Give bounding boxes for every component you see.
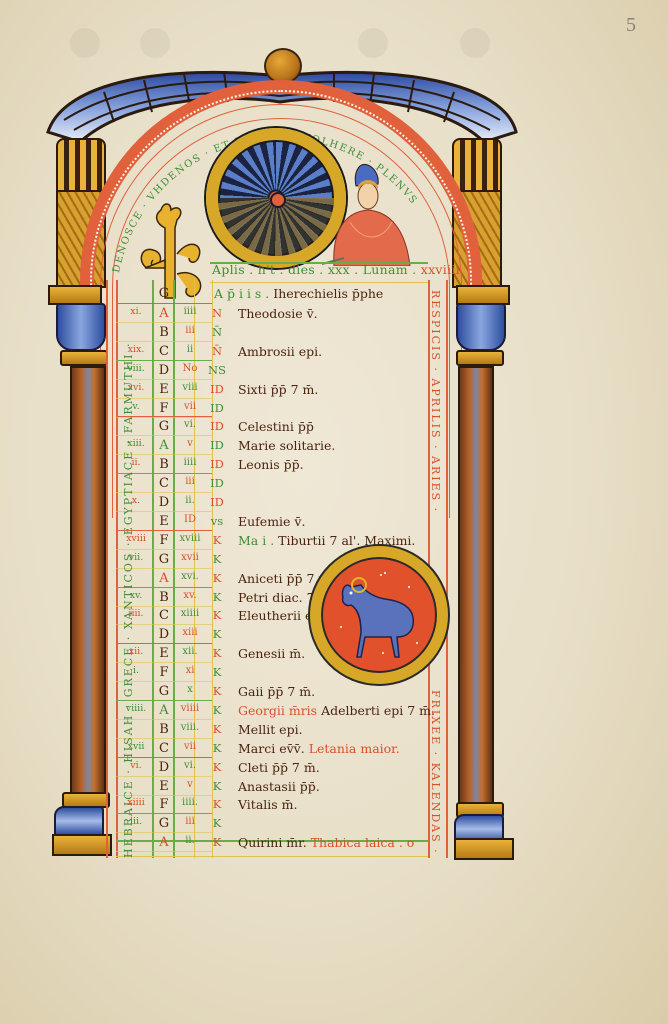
dominical-letter: D: [154, 760, 174, 775]
feast-entry: Georgii m̄ris Adelberti epi 7 m̄.: [238, 703, 435, 718]
calendar-row: Aii.KQuirini m̄r. Thabica laica . o: [118, 833, 438, 853]
roman-day: iii: [174, 476, 206, 487]
kalends-mark: K: [206, 646, 228, 660]
dominical-letter: F: [154, 401, 174, 416]
dominical-letter: E: [154, 514, 174, 529]
kalends-mark: ID: [206, 382, 228, 396]
kalends-mark: N̄: [206, 344, 228, 358]
roman-day: vii: [174, 401, 206, 412]
feast-entry: Sixti p̄p̄ 7 m̄.: [238, 382, 318, 397]
dominical-letter: A: [154, 306, 174, 321]
feast-text: Iherechielis p̄phe: [273, 286, 383, 301]
header-lunar-count: xxviiii: [421, 262, 460, 277]
feast-entry: Celestini p̄p̄: [238, 419, 314, 434]
dominical-letter: B: [154, 722, 174, 737]
dominical-letter: F: [154, 533, 174, 548]
dominical-letter: D: [154, 627, 174, 642]
roman-day: ii.: [174, 495, 206, 506]
dominical-letter: E: [154, 779, 174, 794]
dominical-letter: C: [154, 608, 174, 623]
kalends-mark: ID: [206, 495, 228, 509]
calendar-row: EvKAnastasii p̄p̄.: [118, 777, 438, 797]
aries-ram-roundel-icon: [310, 546, 448, 684]
feast-text: Mellit epi.: [238, 722, 303, 737]
ram-icon: [321, 557, 437, 673]
kalends-mark: K: [206, 571, 228, 585]
kalends-mark: ID: [206, 419, 228, 433]
kalends-mark: K: [206, 552, 228, 566]
header-text: Aplis . h't . dies . xxx . Lunam .: [212, 262, 421, 277]
roman-day: v: [174, 438, 206, 449]
calendar-row: ii.BiiiiIDLeonis p̄p̄.: [118, 455, 438, 475]
feast-text: Genesii m̄.: [238, 646, 305, 661]
dominical-letter: G: [154, 419, 174, 434]
kalends-mark: ID: [206, 438, 228, 452]
left-margin-inscription: HEBRAICE · HISAH · GRECE · XANTICOS · EG…: [122, 342, 135, 858]
feast-text: Tiburtii 7 al'. Maximi.: [278, 533, 415, 548]
roman-day: xviii: [174, 533, 206, 544]
roman-day: xiiii: [174, 608, 206, 619]
roman-day: xvi.: [174, 571, 206, 582]
calendar-row: Bviii.KMellit epi.: [118, 720, 438, 740]
kalends-mark: K: [206, 665, 228, 679]
feast-text: Theodosie v̄.: [238, 306, 318, 321]
dominical-letter: D: [154, 363, 174, 378]
dominical-letter: E: [154, 646, 174, 661]
roman-day: vi.: [174, 419, 206, 430]
roman-day: ii.: [174, 835, 206, 846]
dominical-letter: F: [154, 797, 174, 812]
golden-number: xi.: [118, 306, 154, 317]
feast-entry: Marci ev̄v̄. Letania maior.: [238, 741, 400, 756]
feast-entry: Cleti p̄p̄ 7 m̄.: [238, 760, 320, 775]
calendar-row: x.Dii.ID: [118, 493, 438, 513]
calendar-row: xiii.AvIDMarie solitarie.: [118, 436, 438, 456]
feast-text: Vitalis m̄.: [238, 797, 298, 812]
feast-entry: Ambrosii epi.: [238, 344, 322, 359]
feast-entry: Marie solitarie.: [238, 438, 335, 453]
calendar-row: CiiiID: [118, 474, 438, 494]
show-through-shape: [70, 28, 100, 58]
kalends-mark: K: [206, 835, 228, 849]
feast-text: Gaii p̄p̄ 7 m̄.: [238, 684, 315, 699]
calendar-row: vi.Dvi.KCleti p̄p̄ 7 m̄.: [118, 758, 438, 778]
kalends-mark: K: [206, 684, 228, 698]
kalends-mark: ID: [206, 476, 228, 490]
kalends-mark: NS: [206, 363, 228, 377]
right-column-ring: [456, 350, 504, 366]
left-margin-text: HEBRAICE · HISAH · GRECE · XANTICOS · EG…: [122, 342, 135, 858]
roman-day: No: [174, 363, 206, 374]
feast-text: Eufemie v̄.: [238, 514, 305, 529]
feast-entry: Genesii m̄.: [238, 646, 305, 661]
dominical-letter: B: [154, 590, 174, 605]
roman-day: iiii: [174, 457, 206, 468]
roman-day: iii: [174, 325, 206, 336]
frame-rule: [106, 280, 108, 858]
kalends-mark: K: [206, 797, 228, 811]
feast-text: Marie solitarie.: [238, 438, 335, 453]
kalends-mark: K: [206, 760, 228, 774]
man-with-hat-figure-icon: [322, 162, 412, 266]
folio-number: 5: [626, 14, 636, 37]
kalends-mark: vs: [206, 514, 228, 528]
kalends-mark: ID: [206, 401, 228, 415]
kalends-mark: K: [206, 703, 228, 717]
feast-text: Marci ev̄v̄.: [238, 741, 305, 756]
right-abacus: [456, 285, 510, 305]
feast-red: Georgii m̄ris: [238, 703, 317, 718]
roman-day: viiii: [174, 703, 206, 714]
feast-text: Leonis p̄p̄.: [238, 457, 304, 472]
left-abacus: [48, 285, 102, 305]
roman-day: xv.: [174, 590, 206, 601]
feast-red: Thabica laica . o: [311, 835, 415, 850]
feast-entry: Mellit epi.: [238, 722, 303, 737]
roman-day: xvii: [174, 552, 206, 563]
kalends-mark: K: [206, 533, 228, 547]
feast-entry: Quirini m̄r. Thabica laica . o: [238, 835, 414, 850]
bottom-rule: [116, 856, 428, 857]
roman-day: xii.: [174, 646, 206, 657]
kalends-mark: K: [206, 779, 228, 793]
dominical-letter: A: [154, 835, 174, 850]
roman-day: xi: [174, 665, 206, 676]
dominical-letter: B: [154, 457, 174, 472]
dominical-letter: E: [154, 382, 174, 397]
kalends-mark: ID: [206, 457, 228, 471]
dominical-letter: G: [154, 552, 174, 567]
kalends-label: A p̄ i i s .: [214, 286, 269, 301]
roman-day: viii.: [174, 722, 206, 733]
calendar-row: iii.GiiiK: [118, 814, 438, 834]
right-plinth: [454, 838, 514, 860]
frame-rule: [446, 280, 448, 858]
dominical-letter: C: [154, 344, 174, 359]
gold-finial-icon: [264, 48, 302, 84]
left-column-ring: [60, 350, 108, 366]
kalends-mark: N: [206, 306, 228, 320]
dominical-letter: A: [154, 438, 174, 453]
kalends-mark: K: [206, 816, 228, 830]
dominical-letter: C: [154, 741, 174, 756]
right-margin-inscription-top: RESPICIS · APRILIS · ARIES ·: [429, 290, 442, 513]
feast-entry: Theodosie v̄.: [238, 306, 318, 321]
show-through-shape: [140, 28, 170, 58]
feast-text: Ambrosii epi.: [238, 344, 322, 359]
dominical-letter: G: [154, 816, 174, 831]
roman-day: x: [174, 684, 206, 695]
left-column-base: [54, 806, 104, 836]
dominical-letter: B: [154, 325, 174, 340]
roman-day: vi.: [174, 760, 206, 771]
left-plinth: [52, 834, 112, 856]
feast-entry: Eufemie v̄.: [238, 514, 305, 529]
feast-text: Anastasii p̄p̄.: [238, 779, 320, 794]
dominical-letter: G: [154, 684, 174, 699]
kalends-mark: K: [206, 722, 228, 736]
month-label: Ma i .: [238, 533, 274, 548]
kalends-mark: N̄: [206, 325, 228, 339]
calendar-header: Aplis . h't . dies . xxx . Lunam . xxvii…: [212, 262, 460, 277]
roman-day: viii: [174, 382, 206, 393]
row-rule: [116, 303, 212, 304]
calendar-row: xviiCviiKMarci ev̄v̄. Letania maior.: [118, 739, 438, 759]
feast-text: Quirini m̄r.: [238, 835, 307, 850]
kalends-mark: K: [206, 590, 228, 604]
feast-text: Sixti p̄p̄ 7 m̄.: [238, 382, 318, 397]
feast-entry: Leonis p̄p̄.: [238, 457, 304, 472]
feast-text: Adelberti epi 7 m̄.: [321, 703, 435, 718]
calendar-row: xiiiiFiiii.KVitalis m̄.: [118, 795, 438, 815]
calendar-row: xi.AiiiiNTheodosie v̄.: [118, 304, 438, 324]
calendar-row: v.FviiID: [118, 399, 438, 419]
right-capital: [456, 303, 506, 351]
dominical-letter: G: [154, 286, 174, 301]
calendar-row: viiii.AviiiiKGeorgii m̄ris Adelberti epi…: [118, 701, 438, 721]
calendar-row: GxKGaii p̄p̄ 7 m̄.: [118, 682, 438, 702]
feast-entry: Ma i . Tiburtii 7 al'. Maximi.: [238, 533, 415, 548]
show-through-shape: [358, 28, 388, 58]
left-capital: [56, 303, 106, 351]
roman-day: iiii.: [174, 797, 206, 808]
dominical-letter: A: [154, 703, 174, 718]
roman-day: iiii: [174, 306, 206, 317]
dominical-letter: F: [154, 665, 174, 680]
calendar-row: viii.DNoNS: [118, 361, 438, 381]
sun-center: [270, 192, 286, 208]
roman-day: ii: [174, 344, 206, 355]
feast-text: Cleti p̄p̄ 7 m̄.: [238, 760, 320, 775]
roman-day: vii: [174, 741, 206, 752]
roman-day: v: [174, 779, 206, 790]
kalends-mark: K: [206, 741, 228, 755]
calendar-row: BiiiN̄: [118, 323, 438, 343]
feast-red: Letania maior.: [309, 741, 400, 756]
feast-text: Celestini p̄p̄: [238, 419, 314, 434]
right-margin-inscription-bottom: FRIXEE · KALENDAS ·: [429, 690, 442, 855]
roman-day: xiii: [174, 627, 206, 638]
feast-entry: Anastasii p̄p̄.: [238, 779, 320, 794]
dominical-letter: D: [154, 495, 174, 510]
left-column-shaft: [70, 366, 106, 794]
kalends-mark: K: [206, 608, 228, 622]
dominical-letter: A: [154, 571, 174, 586]
show-through-shape: [460, 28, 490, 58]
calendar-row: xix.CiiN̄Ambrosii epi.: [118, 342, 438, 362]
feast-entry: Vitalis m̄.: [238, 797, 298, 812]
right-column-shaft: [458, 366, 494, 804]
feast-entry: Gaii p̄p̄ 7 m̄.: [238, 684, 315, 699]
roman-day: ID: [174, 514, 206, 525]
kalends-mark: K: [206, 627, 228, 641]
header-rule: [210, 282, 428, 283]
right-margin-text-bottom: FRIXEE · KALENDAS ·: [429, 690, 442, 855]
dominical-letter: C: [154, 476, 174, 491]
calendar-row: EIDvsEufemie v̄.: [118, 512, 438, 532]
right-margin-text-top: RESPICIS · APRILIS · ARIES ·: [429, 290, 442, 513]
calendar-row-kalends: G A p̄ i i s . Iherechielis p̄phe: [118, 284, 438, 304]
calendar-row: Gvi.IDCelestini p̄p̄: [118, 417, 438, 437]
calendar-row: xvi.EviiiIDSixti p̄p̄ 7 m̄.: [118, 380, 438, 400]
roman-day: iii: [174, 816, 206, 827]
